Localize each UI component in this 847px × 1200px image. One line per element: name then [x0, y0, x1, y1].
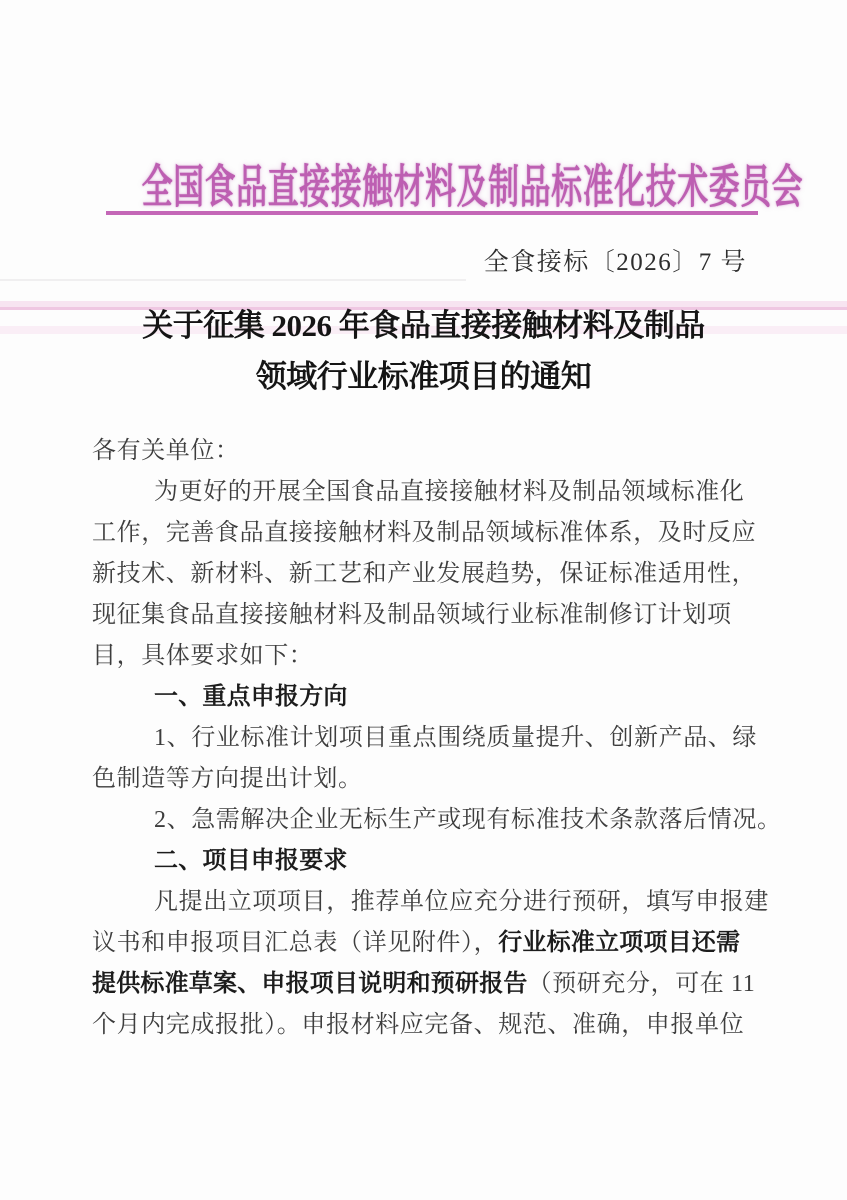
body-line: 色制造等方向提出计划。	[92, 759, 760, 800]
stamp-underline	[106, 211, 758, 215]
committee-stamp: 全国食品直接接触材料及制品标准化技术委员会	[0, 149, 847, 213]
body-line: 2、急需解决企业无标生产或现有标准技术条款落后情况。	[92, 800, 760, 841]
scan-streak-artifact	[0, 279, 466, 281]
body-line: 现征集食品直接接触材料及制品领域行业标准制修订计划项	[92, 595, 760, 636]
body-segment: （预研充分，可在 11	[528, 971, 756, 997]
body-segment: 议书和申报项目汇总表（详见附件），	[92, 930, 498, 956]
notice-body: 各有关单位： 为更好的开展全国食品直接接触材料及制品领域标准化 工作，完善食品直…	[92, 431, 760, 1046]
body-line: 为更好的开展全国食品直接接触材料及制品领域标准化	[92, 472, 760, 513]
body-segment-bold: 提供标准草案、申报项目说明和预研报告	[92, 971, 528, 997]
body-line: 目，具体要求如下：	[92, 636, 760, 677]
salutation: 各有关单位：	[92, 431, 760, 472]
section-two-heading: 二、项目申报要求	[92, 841, 760, 882]
section-one-heading: 一、重点申报方向	[92, 677, 760, 718]
document-page: 全国食品直接接触材料及制品标准化技术委员会 全食接标〔2026〕7 号 关于征集…	[0, 0, 847, 1200]
body-line: 凡提出立项项目，推荐单位应充分进行预研，填写申报建	[92, 882, 760, 923]
body-line: 提供标准草案、申报项目说明和预研报告（预研充分，可在 11	[92, 964, 760, 1005]
body-line: 个月内完成报批）。申报材料应完备、规范、准确，申报单位	[92, 1005, 760, 1046]
notice-title-line2: 领域行业标准项目的通知	[0, 351, 847, 402]
body-line: 议书和申报项目汇总表（详见附件），行业标准立项项目还需	[92, 923, 760, 964]
body-segment-bold: 行业标准立项项目还需	[498, 930, 740, 956]
body-line: 工作，完善食品直接接触材料及制品领域标准体系，及时反应	[92, 513, 760, 554]
committee-stamp-text: 全国食品直接接触材料及制品标准化技术委员会	[142, 149, 804, 216]
document-number: 全食接标〔2026〕7 号	[484, 242, 747, 278]
body-line: 新技术、新材料、新工艺和产业发展趋势，保证标准适用性，	[92, 554, 760, 595]
notice-title: 关于征集 2026 年食品直接接触材料及制品 领域行业标准项目的通知	[0, 300, 847, 402]
notice-title-line1: 关于征集 2026 年食品直接接触材料及制品	[0, 300, 847, 351]
body-line: 1、行业标准计划项目重点围绕质量提升、创新产品、绿	[92, 718, 760, 759]
